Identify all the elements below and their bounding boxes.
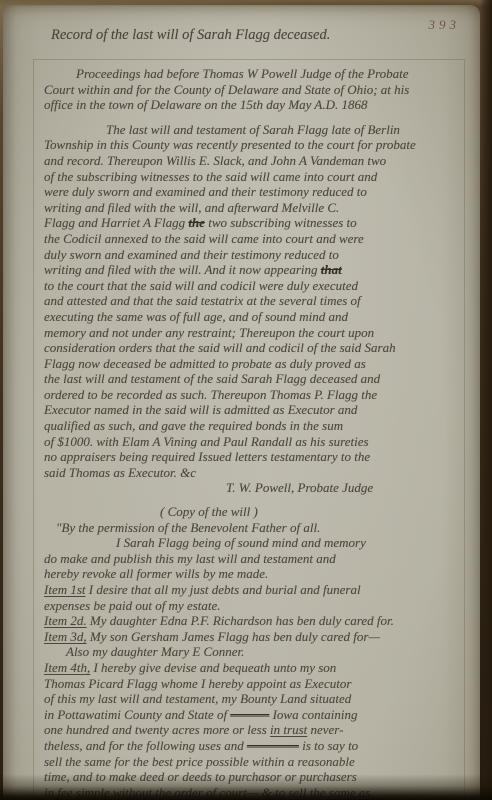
doc-line: Flagg now deceased be admitted to probat… <box>44 356 458 372</box>
handwritten-text: "By the permission of the Benevolent Fat… <box>56 520 320 535</box>
doc-line: Item 1st I desire that all my just debts… <box>44 582 458 598</box>
doc-line: writing and filed with the will. And it … <box>44 262 458 278</box>
handwritten-text: qualified as such, and gave the required… <box>44 418 343 433</box>
doc-line: ordered to be recorded as such. Thereupo… <box>44 387 458 403</box>
doc-line: ( Copy of the will ) <box>160 504 458 520</box>
doc-line: no appraisers being required Issued lett… <box>44 449 458 465</box>
doc-line: Flagg and Harriet A Flagg the two subscr… <box>44 215 458 231</box>
photo-of-record-book-page: 393 Record of the last will of Sarah Fla… <box>0 0 492 800</box>
doc-line: the last will and testament of the said … <box>44 371 458 387</box>
doc-line: Township in this County was recently pre… <box>44 137 458 153</box>
doc-line: in Pottawatimi County and State of ——— I… <box>44 707 458 723</box>
ruled-margin-box: Proceedings had before Thomas W Powell J… <box>33 59 465 800</box>
handwritten-text: expenses be paid out of my estate. <box>44 598 221 613</box>
handwritten-text: of $1000. with Elam A Vining and Paul Ra… <box>44 434 369 449</box>
doc-line: to the court that the said will and codi… <box>44 278 458 294</box>
handwritten-text: and record. Thereupon Willis E. Slack, a… <box>44 153 386 168</box>
struck-handwritten-text: ———— <box>247 738 299 753</box>
handwritten-text: were duly sworn and examined and their t… <box>44 184 367 199</box>
handwritten-text: in fee simple without the order of court… <box>44 785 370 800</box>
handwritten-text: of this my last will and testament, my B… <box>44 691 351 706</box>
struck-handwritten-text: that <box>321 262 342 277</box>
doc-line: Item 3d, My son Gersham James Flagg has … <box>44 629 458 645</box>
doc-line: Item 2d. My daughter Edna P.F. Richardso… <box>44 613 458 629</box>
doc-line: and record. Thereupon Willis E. Slack, a… <box>44 153 458 169</box>
doc-line: said Thomas as Executor. &c <box>44 465 458 481</box>
doc-line: and attested and that the said testatrix… <box>44 293 458 309</box>
handwritten-text: is to say to <box>299 738 358 753</box>
doc-line: time, and to make deed or deeds to purch… <box>44 769 458 785</box>
handwritten-text: do make and publish this my last will an… <box>44 551 336 566</box>
doc-line: T. W. Powell, Probate Judge <box>226 480 458 496</box>
doc-line: theless, and for the following uses and … <box>44 738 458 754</box>
handwritten-text: I desire that all my just debts and buri… <box>86 582 361 597</box>
doc-line: memory and not under any restraint; Ther… <box>44 325 458 341</box>
doc-line: expenses be paid out of my estate. <box>44 598 458 614</box>
doc-line: Thomas Picard Flagg whome I hereby appoi… <box>44 676 458 692</box>
handwritten-text: Also my daughter Mary E Conner. <box>66 644 244 659</box>
doc-line: one hundred and twenty acres more or les… <box>44 722 458 738</box>
handwritten-text: memory and not under any restraint; Ther… <box>44 325 374 340</box>
doc-line: Item 4th, I hereby give devise and beque… <box>44 660 458 676</box>
handwritten-text: I hereby give devise and bequeath unto m… <box>90 660 336 675</box>
handwritten-text: never- <box>307 722 343 737</box>
doc-line: consideration orders that the said will … <box>44 340 458 356</box>
doc-line: Also my daughter Mary E Conner. <box>66 644 458 660</box>
handwritten-text: office in the town of Delaware on the 15… <box>44 97 368 112</box>
handwritten-text: Thomas Picard Flagg whome I hereby appoi… <box>44 676 351 691</box>
handwritten-text: no appraisers being required Issued lett… <box>44 449 370 464</box>
doc-line: office in the town of Delaware on the 15… <box>44 97 458 113</box>
handwritten-text: ( Copy of the will ) <box>160 504 258 519</box>
struck-handwritten-text: the <box>188 215 205 230</box>
handwritten-text: My son Gersham James Flagg has ben duly … <box>87 629 380 644</box>
doc-line: Proceedings had before Thomas W Powell J… <box>76 66 458 82</box>
handwritten-text: Court within and for the County of Delaw… <box>44 82 409 97</box>
doc-line: qualified as such, and gave the required… <box>44 418 458 434</box>
handwritten-text: the Codicil annexed to the said will cam… <box>44 231 364 246</box>
struck-handwritten-text: ——— <box>230 707 269 722</box>
page-title: Record of the last will of Sarah Flagg d… <box>51 27 450 44</box>
doc-line: duly sworn and examined and their testim… <box>44 247 458 263</box>
handwritten-text: T. W. Powell, Probate Judge <box>226 480 373 495</box>
handwritten-text: two subscribing witnesses to <box>205 215 357 230</box>
doc-line: writing and filed with the will, and aft… <box>44 200 458 216</box>
document-page: 393 Record of the last will of Sarah Fla… <box>3 5 480 800</box>
handwritten-text: sell the same for the best price possibl… <box>44 754 355 769</box>
doc-line: of this my last will and testament, my B… <box>44 691 458 707</box>
underlined-handwritten-text: in trust <box>270 722 307 737</box>
handwritten-text: said Thomas as Executor. &c <box>44 465 196 480</box>
handwritten-text: hereby revoke all former wills by me mad… <box>44 566 268 581</box>
doc-line: were duly sworn and examined and their t… <box>44 184 458 200</box>
doc-line: executing the same was of full age, and … <box>44 309 458 325</box>
doc-line: the Codicil annexed to the said will cam… <box>44 231 458 247</box>
handwritten-text: to the court that the said will and codi… <box>44 278 358 293</box>
handwritten-text: Executor named in the said will is admit… <box>44 402 357 417</box>
handwritten-text: Township in this County was recently pre… <box>44 137 416 152</box>
underlined-handwritten-text: Item 1st <box>44 582 86 597</box>
doc-line: Executor named in the said will is admit… <box>44 402 458 418</box>
handwritten-text: Proceedings had before Thomas W Powell J… <box>76 66 409 81</box>
doc-line: hereby revoke all former wills by me mad… <box>44 566 458 582</box>
handwritten-text: of the subscribing witnesses to the said… <box>44 169 377 184</box>
handwritten-text: Flagg and Harriet A Flagg <box>44 215 188 230</box>
handwritten-text: time, and to make deed or deeds to purch… <box>44 769 357 784</box>
handwritten-text: consideration orders that the said will … <box>44 340 396 355</box>
handwritten-text: in Pottawatimi County and State of <box>44 707 230 722</box>
doc-line: "By the permission of the Benevolent Fat… <box>56 520 458 536</box>
handwritten-text: theless, and for the following uses and <box>44 738 247 753</box>
doc-line: of the subscribing witnesses to the said… <box>44 169 458 185</box>
handwritten-text: one hundred and twenty acres more or les… <box>44 722 270 737</box>
handwritten-text: The last will and testament of Sarah Fla… <box>106 122 400 137</box>
handwritten-text: My daughter Edna P.F. Richardson has ben… <box>87 613 394 628</box>
doc-line: do make and publish this my last will an… <box>44 551 458 567</box>
handwritten-text: executing the same was of full age, and … <box>44 309 348 324</box>
doc-line: Court within and for the County of Delaw… <box>44 82 458 98</box>
doc-line: of $1000. with Elam A Vining and Paul Ra… <box>44 434 458 450</box>
underlined-handwritten-text: Item 4th, <box>44 660 90 675</box>
handwritten-text: duly sworn and examined and their testim… <box>44 247 339 262</box>
handwritten-text: Flagg now deceased be admitted to probat… <box>44 356 366 371</box>
doc-line: sell the same for the best price possibl… <box>44 754 458 770</box>
handwritten-text: and attested and that the said testatrix… <box>44 293 361 308</box>
underlined-handwritten-text: Item 3d, <box>44 629 87 644</box>
handwritten-text: writing and filed with the will. And it … <box>44 262 321 277</box>
doc-line: I Sarah Flagg being of sound mind and me… <box>116 535 458 551</box>
handwritten-text: writing and filed with the will, and aft… <box>44 200 339 215</box>
document-body: Proceedings had before Thomas W Powell J… <box>44 66 458 800</box>
handwritten-text: I Sarah Flagg being of sound mind and me… <box>116 535 366 550</box>
handwritten-text: Iowa containing <box>269 707 357 722</box>
handwritten-text: ordered to be recorded as such. Thereupo… <box>44 387 377 402</box>
handwritten-text: the last will and testament of the said … <box>44 371 380 386</box>
doc-line: in fee simple without the order of court… <box>44 785 458 800</box>
underlined-handwritten-text: Item 2d. <box>44 613 87 628</box>
doc-line: The last will and testament of Sarah Fla… <box>106 122 458 138</box>
